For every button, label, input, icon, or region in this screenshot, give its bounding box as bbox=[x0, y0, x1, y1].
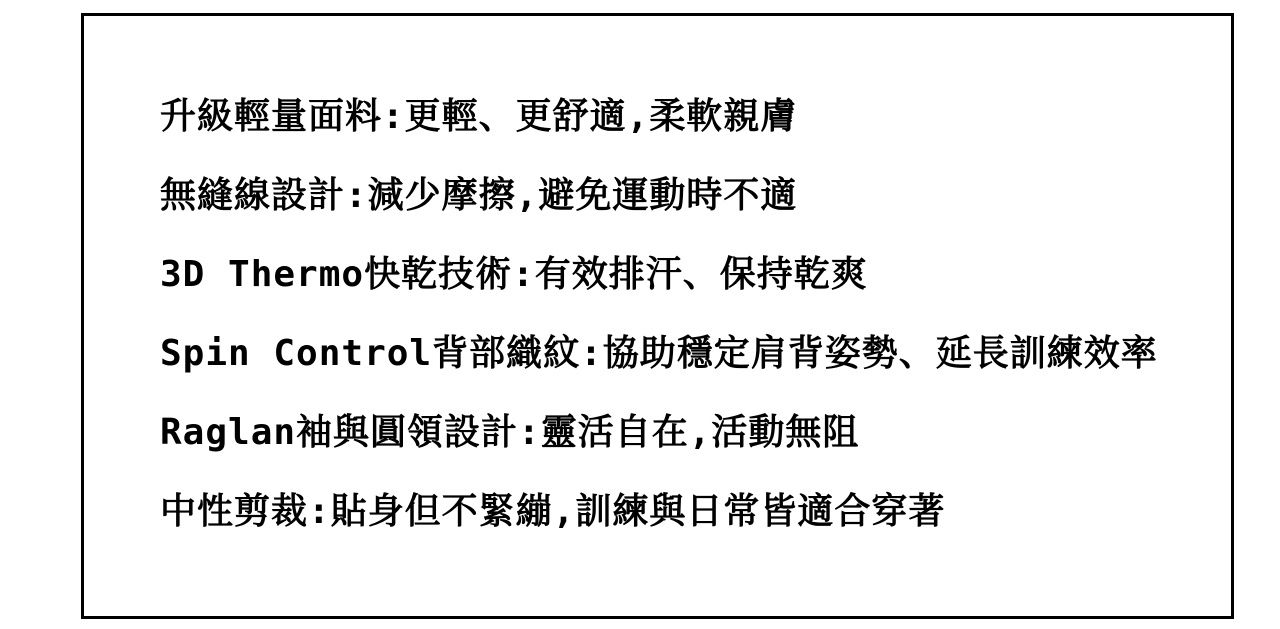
feature-line-unisex-cut: 中性剪裁:貼身但不緊繃,訓練與日常皆適合穿著 bbox=[160, 472, 1231, 551]
feature-line-raglan: Raglan袖與圓領設計:靈活自在,活動無阻 bbox=[160, 393, 1231, 472]
feature-line-thermo: 3D Thermo快乾技術:有效排汗、保持乾爽 bbox=[160, 235, 1231, 314]
feature-line-seamless: 無縫線設計:減少摩擦,避免運動時不適 bbox=[160, 156, 1231, 235]
feature-line-fabric: 升級輕量面料:更輕、更舒適,柔軟親膚 bbox=[160, 77, 1231, 156]
feature-line-spin-control: Spin Control背部織紋:協助穩定肩背姿勢、延長訓練效率 bbox=[160, 314, 1231, 393]
content-frame: 升級輕量面料:更輕、更舒適,柔軟親膚 無縫線設計:減少摩擦,避免運動時不適 3D… bbox=[81, 13, 1234, 619]
feature-list: 升級輕量面料:更輕、更舒適,柔軟親膚 無縫線設計:減少摩擦,避免運動時不適 3D… bbox=[84, 16, 1231, 551]
